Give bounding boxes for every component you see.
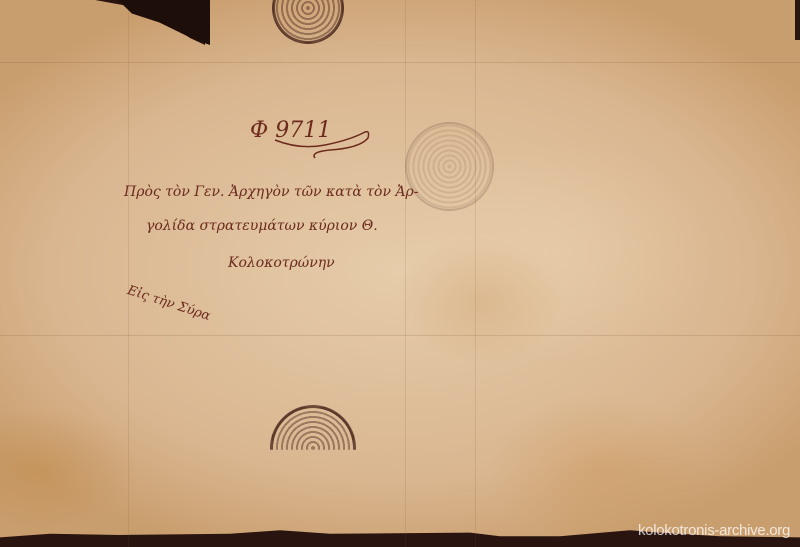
letter-paper	[0, 0, 800, 547]
fold-line	[0, 62, 800, 63]
fold-line	[475, 0, 476, 547]
fold-line	[405, 0, 406, 547]
address-line-3: Κολοκοτρώνην	[228, 255, 335, 271]
watermark: kolokotronis-archive.org	[638, 522, 790, 539]
address-line-2: γολίδα στρατευμάτων κύριον Θ.	[146, 218, 378, 234]
fold-line	[128, 0, 129, 547]
flourish-icon	[270, 130, 380, 160]
address-line-1: Πρὸς τὸν Γεν. Ἀρχηγὸν τῶν κατὰ τὸν Ἀρ-	[124, 184, 419, 200]
fold-line	[0, 335, 800, 336]
